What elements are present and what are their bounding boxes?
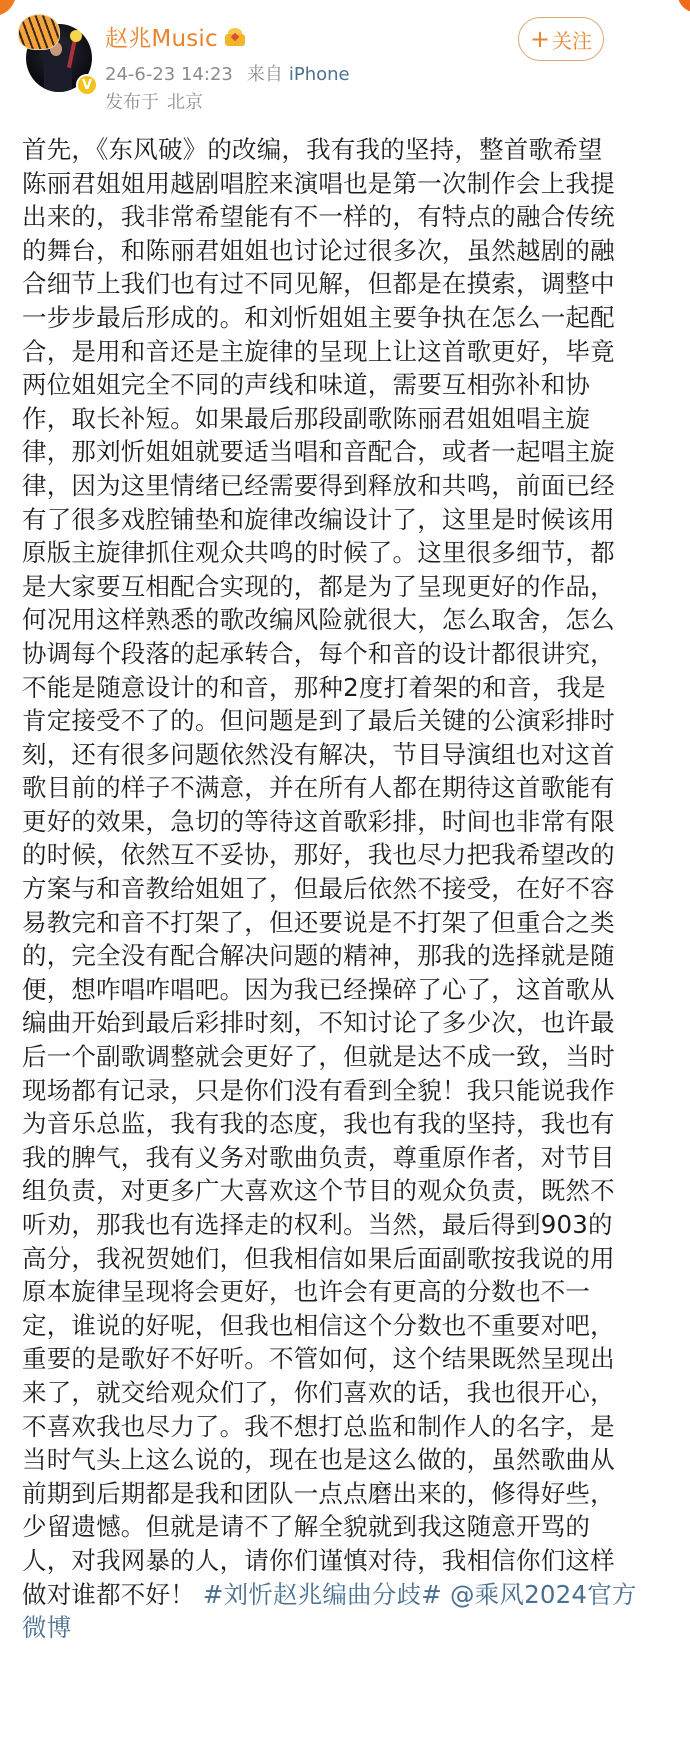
follow-label: 关注 (552, 25, 592, 54)
body-line: 首先，《东风破》的改编，我有我的坚持，整首歌希望 (22, 133, 672, 167)
body-line: 我的脾气，我有义务对歌曲负责，尊重原作者，对节目 (22, 1141, 672, 1175)
body-line: 来了，就交给观众们了，你们喜欢的话，我也很开心， (22, 1376, 672, 1410)
plus-icon: + (530, 27, 550, 51)
post-meta: 24-6-23 14:23来自iPhone (105, 60, 350, 86)
body-line: 两位姐姐完全不同的声线和味道，需要互相弥补和协 (22, 368, 672, 402)
body-line: 为音乐总监，我有我的态度，我也有我的坚持，我也有 (22, 1107, 672, 1141)
body-line: 合，是用和音还是主旋律的呈现上让这首歌更好，毕竟 (22, 335, 672, 369)
body-line: 律，那刘忻姐姐就要适当唱和音配合，或者一起唱主旋 (22, 435, 672, 469)
avatar[interactable]: V (18, 14, 100, 94)
body-line: 原本旋律呈现将会更好，也许会有更高的分数也不一 (22, 1275, 672, 1309)
post-body: 首先，《东风破》的改编，我有我的坚持，整首歌希望 陈丽君姐姐用越剧唱腔来演唱也是… (22, 133, 672, 1645)
post-location: 发布于北京 (105, 88, 203, 114)
body-line: 刻，还有很多问题依然没有解决，节目导演组也对这首 (22, 738, 672, 772)
body-line: 的，完全没有配合解决问题的精神，那我的选择就是随 (22, 939, 672, 973)
body-line: 后一个副歌调整就会更好了，但就是达不成一致，当时 (22, 1040, 672, 1074)
body-line: 出来的，我非常希望能有不一样的，有特点的融合传统 (22, 200, 672, 234)
body-line: 定，谁说的好呢，但我也相信这个分数也不重要对吧， (22, 1309, 672, 1343)
body-line: 歌目前的样子不满意，并在所有人都在期待这首歌能有 (22, 771, 672, 805)
body-line: 编曲开始到最后彩排时刻，不知讨论了多少次，也许最 (22, 1006, 672, 1040)
body-line: 易教完和音不打架了，但还要说是不打架了但重合之类 (22, 906, 672, 940)
body-line: 听劝，那我也有选择走的权利。当然，最后得到903的 (22, 1208, 672, 1242)
body-line: 高分，我祝贺她们，但我相信如果后面副歌按我说的用 (22, 1242, 672, 1276)
author-row: 赵兆Music (105, 20, 246, 53)
follow-button[interactable]: + 关注 (518, 17, 604, 61)
body-line: 陈丽君姐姐用越剧唱腔来演唱也是第一次制作会上我提 (22, 167, 672, 201)
mention-link[interactable]: @乘风2024官方 (450, 1580, 637, 1609)
location-label: 发布于 (105, 92, 159, 113)
crown-icon[interactable] (224, 27, 246, 47)
tiger-pendant-icon (18, 14, 60, 50)
body-line: 是大家要互相配合实现的，都是为了呈现更好的作品， (22, 570, 672, 604)
body-line: 的时候，依然互不妥协，那好，我也尽力把我希望改的 (22, 838, 672, 872)
body-line: 合细节上我们也有过不同见解，但都是在摸索，调整中 (22, 267, 672, 301)
body-line: 作，取长补短。如果最后那段副歌陈丽君姐姐唱主旋 (22, 402, 672, 436)
body-line: 何况用这样熟悉的歌改编风险就很大，怎么取舍，怎么 (22, 603, 672, 637)
body-line: 协调每个段落的起承转合，每个和音的设计都很讲究， (22, 637, 672, 671)
body-line: 当时气头上这么说的，现在也是这么做的，虽然歌曲从 (22, 1443, 672, 1477)
verified-badge-icon: V (76, 74, 98, 96)
author-name[interactable]: 赵兆Music (105, 20, 218, 53)
body-line: 便，想咋唱咋唱吧。因为我已经操碎了心了，这首歌从 (22, 973, 672, 1007)
body-line: 一步步最后形成的。和刘忻姐姐主要争执在怎么一起配 (22, 301, 672, 335)
body-line: 肯定接受不了的。但问题是到了最后关键的公演彩排时 (22, 704, 672, 738)
source-device[interactable]: iPhone (289, 64, 350, 85)
body-line: 原版主旋律抓住观众共鸣的时候了。这里很多细节，都 (22, 536, 672, 570)
source-label: 来自 (247, 64, 283, 85)
body-line: 少留遗憾。但就是请不了解全貌就到我这随意开骂的 (22, 1510, 672, 1544)
body-line: 不能是随意设计的和音，那种2度打着架的和音，我是 (22, 671, 672, 705)
hashtag-link[interactable]: #刘忻赵兆编曲分歧# (203, 1580, 442, 1609)
body-line: 更好的效果，急切的等待这首歌彩排，时间也非常有限 (22, 805, 672, 839)
mention-link-continued[interactable]: 微博 (22, 1611, 672, 1645)
lightbulb-icon (70, 30, 82, 42)
body-line: 组负责，对更多广大喜欢这个节目的观众负责，既然不 (22, 1174, 672, 1208)
body-line: 的舞台，和陈丽君姐姐也讨论过很多次，虽然越剧的融 (22, 234, 672, 268)
post-header: V 赵兆Music 24-6-23 14:23来自iPhone 发布于北京 + … (0, 0, 690, 128)
body-last-line: 做对谁都不好！ #刘忻赵兆编曲分歧# @乘风2024官方 (22, 1578, 672, 1612)
body-line: 人，对我网暴的人，请你们谨慎对待，我相信你们这样 (22, 1544, 672, 1578)
body-line: 有了很多戏腔铺垫和旋律改编设计了，这里是时候该用 (22, 503, 672, 537)
location-value: 北京 (167, 92, 203, 113)
body-line: 律，因为这里情绪已经需要得到释放和共鸣，前面已经 (22, 469, 672, 503)
body-tail-text: 做对谁都不好！ (22, 1580, 195, 1609)
body-line: 现场都有记录，只是你们没有看到全貌！我只能说我作 (22, 1074, 672, 1108)
body-line: 前期到后期都是我和团队一点点磨出来的，修得好些， (22, 1477, 672, 1511)
post-timestamp: 24-6-23 14:23 (105, 64, 233, 85)
body-line: 重要的是歌好不好听。不管如何，这个结果既然呈现出 (22, 1342, 672, 1376)
body-line: 方案与和音教给姐姐了，但最后依然不接受，在好不容 (22, 872, 672, 906)
body-line: 不喜欢我也尽力了。我不想打总监和制作人的名字，是 (22, 1410, 672, 1444)
